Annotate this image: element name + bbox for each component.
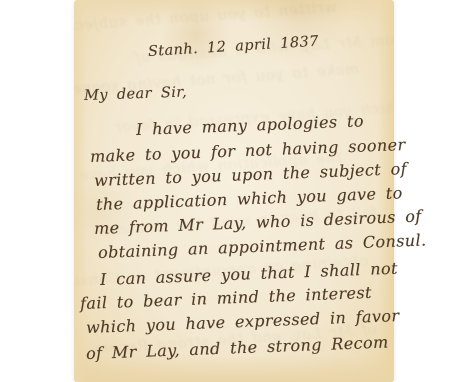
letter-line: of Mr Lay, and the strong Recom	[86, 332, 389, 363]
letter-page: written to you upon the subject of me fr…	[74, 0, 394, 382]
show-through-text: written to you upon the subject of	[74, 0, 338, 36]
letter-salutation: My dear Sir,	[84, 84, 188, 104]
letter-dateline: Stanh. 12 april 1837	[148, 34, 320, 60]
letter-line: I have many apologies to	[136, 111, 364, 139]
letter-photo: written to you upon the subject of me fr…	[0, 0, 468, 382]
